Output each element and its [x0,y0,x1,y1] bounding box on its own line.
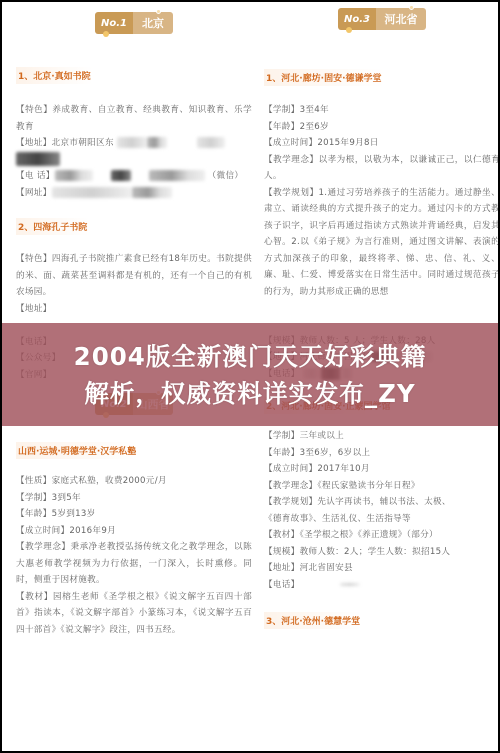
region-badge-hebei: No.3 河北省 [338,8,426,30]
school-phone: 【电话】 [264,577,498,594]
badge-sparkle-icon [409,5,414,10]
school-plan: 【教学规划】先认字再读书，辅以书法、太极、 [264,494,498,511]
school-system: 【学制】三年或以上 [264,428,498,445]
school-system: 【学制】3至4年 [264,102,498,119]
school-plan-cont: 《德育故事》、生活礼仪、生活指导等 [264,511,498,528]
page-frame: No.1 北京 1、北京·真如书院 【特色】养成教育、自立教育、经典教育、知识教… [2,2,498,751]
school-title: 3、河北·沧州·德慧学堂 [264,612,362,629]
school-materials: 【教材】《圣学根之根》《养正遗规》（部分） [264,527,498,544]
badge-number: No.3 [338,8,376,30]
school-founded: 【成立时间】2016年9月 [16,523,252,540]
right-column: No.3 河北省 1、河北·廊坊·固安·德谦学堂 【学制】3至4年 【年龄】2至… [264,2,498,629]
school-founded: 【成立时间】2017年10月 [264,461,498,478]
badge-number: No.1 [95,12,133,34]
school-plan: 【教学规划】1.通过习劳培养孩子的生活能力。通过静坐、肃立、诵读经典的方式提升孩… [264,185,498,333]
badge-region: 北京 [133,12,173,34]
school-materials: 【教材】园榕生老师《圣学根之根》《说文解字五百四十部首》指读本，《说文解字部首》… [16,589,252,639]
region-badge-beijing: No.1 北京 [95,12,173,34]
school-feature: 【特色】四海孔子书院推广素食已经有18年历史。书院提供的米、面、蔬菜甚至调料都是… [16,251,252,301]
school-address: 【地址】 [16,301,252,318]
overlay-title-line2: 解析，权威资料详实发布_ZY [84,375,415,412]
school-age: 【年龄】3至6岁，6岁以上 [264,445,498,462]
badge-region: 河北省 [376,8,426,30]
school-philosophy: 【教学理念】以孝为根，以敬为本，以谦诚正己，以仁德育人。 [264,152,498,185]
school-system: 【学制】3到5年 [16,490,252,507]
overlay-title-line1: 2004版全新澳门天天好彩典籍 [74,338,427,375]
school-nature: 【性质】家庭式私塾，收费2000元/月 [16,473,252,490]
school-title: 1、北京·真如书院 [16,67,93,84]
school-philosophy: 【教学理念】秉承净老教授弘扬传统文化之教学理念，以陈大惠老师教学视频为力行依据，… [16,539,252,589]
school-web: 【网址】 [16,185,252,202]
school-address: 【地址】河北省固安县 [264,560,498,577]
badge-sparkle-icon [156,9,161,14]
left-column: No.1 北京 1、北京·真如书院 【特色】养成教育、自立教育、经典教育、知识教… [16,2,252,638]
school-age: 【年龄】5岁到13岁 [16,506,252,523]
school-scale: 【规模】教师人数：2人；学生人数：拟招15人 [264,544,498,561]
school-age: 【年龄】2至6岁 [264,119,498,136]
school-phone: 【电 话】 （微信） [16,168,252,185]
school-feature: 【特色】养成教育、自立教育、经典教育、知识教育、乐学教育 [16,102,252,135]
school-address: 【地址】北京市朝阳区东 [16,135,252,152]
redacted-line [16,152,252,169]
school-title: 1、河北·廊坊·固安·德谦学堂 [264,69,384,86]
title-overlay-banner: 2004版全新澳门天天好彩典籍 解析，权威资料详实发布_ZY [2,323,498,426]
badge-dot-icon [103,31,109,37]
school-philosophy: 【教学理念】《程氏家塾读书分年日程》 [264,478,498,495]
badge-dot-icon [346,27,352,33]
school-title: 山西·运城·明德学堂·汉学私塾 [16,442,138,459]
school-title: 2、四海孔子书院 [16,218,89,235]
school-founded: 【成立时间】2015年9月8日 [264,135,498,152]
